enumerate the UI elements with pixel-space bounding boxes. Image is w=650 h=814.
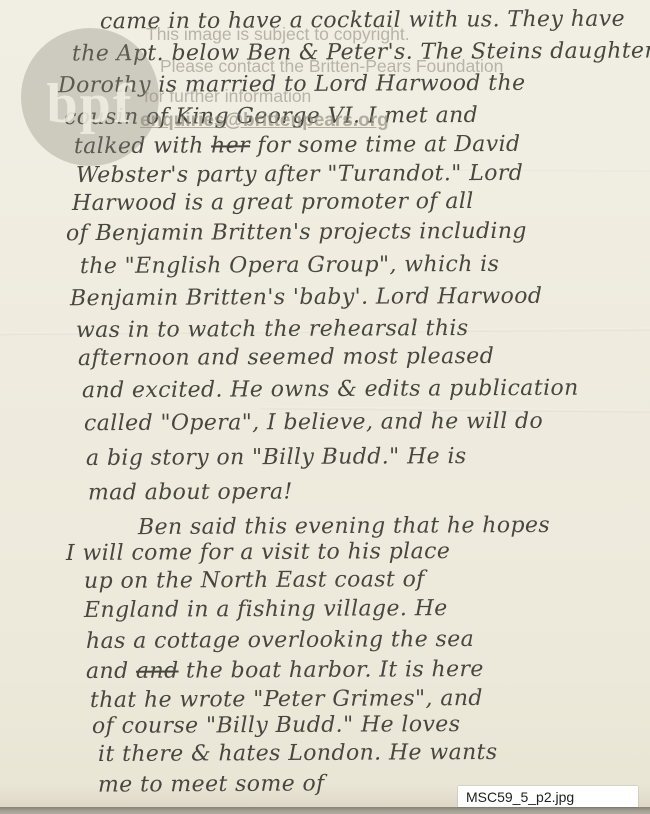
- letter-text-segment: me to meet some of: [98, 771, 325, 797]
- handwritten-letter-text: came in to have a cocktail with us. They…: [0, 0, 650, 808]
- letter-line: Dorothy is married to Lord Harwood the: [58, 71, 526, 98]
- letter-line: a big story on "Billy Budd." He is: [86, 444, 467, 471]
- letter-line: of course "Billy Budd." He loves: [92, 712, 461, 739]
- letter-text-segment: Webster's party after "Turandot." Lord: [76, 161, 523, 188]
- letter-text-segment: mad about opera!: [88, 479, 293, 505]
- letter-line: came in to have a cocktail with us. They…: [100, 7, 625, 35]
- letter-line: cousin of King George VI. I met and: [64, 103, 478, 130]
- letter-line: England in a fishing village. He: [84, 596, 448, 623]
- filename-label: MSC59_5_p2.jpg: [458, 786, 638, 807]
- letter-line: of Benjamin Britten's projects including: [66, 219, 527, 246]
- letter-text-segment: that he wrote "Peter Grimes", and: [90, 686, 483, 713]
- letter-text-segment: was in to watch the rehearsal this: [76, 316, 469, 343]
- letter-line: Webster's party after "Turandot." Lord: [76, 161, 523, 188]
- letter-text-segment: for some time at David: [250, 132, 521, 158]
- letter-text-segment: I will come for a visit to his place: [66, 539, 450, 566]
- letter-text-segment: England in a fishing village. He: [84, 596, 448, 623]
- letter-text-segment: talked with: [74, 133, 211, 159]
- letter-line: up on the North East coast of: [84, 567, 425, 594]
- letter-line: afternoon and seemed most pleased: [78, 344, 494, 371]
- letter-text-segment: of Benjamin Britten's projects including: [66, 219, 527, 246]
- letter-line: the Apt. below Ben & Peter's. The Steins…: [72, 38, 650, 66]
- letter-text-segment: Harwood is a great promoter of all: [72, 189, 474, 216]
- letter-text-segment: afternoon and seemed most pleased: [78, 344, 494, 371]
- struck-word: her: [211, 133, 250, 158]
- letter-text-segment: Dorothy is married to Lord Harwood the: [58, 71, 526, 98]
- letter-line: the "English Opera Group", which is: [80, 252, 499, 279]
- letter-text-segment: Benjamin Britten's 'baby'. Lord Harwood: [70, 284, 542, 311]
- letter-line: has a cottage overlooking the sea: [86, 627, 474, 654]
- letter-line: and excited. He owns & edits a publicati…: [82, 376, 579, 404]
- letter-text-segment: and: [86, 659, 136, 684]
- scanned-letter-page: came in to have a cocktail with us. They…: [0, 0, 650, 814]
- letter-line: Harwood is a great promoter of all: [72, 189, 474, 216]
- letter-line: it there & hates London. He wants: [98, 740, 498, 767]
- letter-text-segment: a big story on "Billy Budd." He is: [86, 444, 467, 471]
- letter-text-segment: cousin of King George VI. I met and: [64, 103, 478, 130]
- letter-line: talked with her for some time at David: [74, 132, 521, 159]
- letter-text-segment: has a cottage overlooking the sea: [86, 627, 474, 654]
- letter-text-segment: the Apt. below Ben & Peter's. The Steins…: [72, 38, 650, 66]
- letter-text-segment: the "English Opera Group", which is: [80, 252, 499, 279]
- letter-line: Ben said this evening that he hopes: [138, 513, 550, 540]
- letter-text-segment: came in to have a cocktail with us. They…: [100, 7, 625, 35]
- letter-line: and and the boat harbor. It is here: [86, 657, 484, 684]
- letter-text-segment: Ben said this evening that he hopes: [138, 513, 550, 540]
- letter-line: called "Opera", I believe, and he will d…: [84, 409, 543, 436]
- letter-text-segment: it there & hates London. He wants: [98, 740, 498, 767]
- letter-line: me to meet some of: [98, 771, 325, 797]
- letter-line: Benjamin Britten's 'baby'. Lord Harwood: [70, 284, 542, 311]
- letter-text-segment: up on the North East coast of: [84, 567, 425, 594]
- letter-text-segment: of course "Billy Budd." He loves: [92, 712, 461, 739]
- letter-text-segment: the boat harbor. It is here: [178, 657, 483, 684]
- struck-word: and: [136, 659, 179, 684]
- scan-bottom-edge: [0, 807, 650, 814]
- letter-line: that he wrote "Peter Grimes", and: [90, 686, 483, 713]
- letter-text-segment: called "Opera", I believe, and he will d…: [84, 409, 543, 436]
- letter-line: I will come for a visit to his place: [66, 539, 450, 566]
- letter-text-segment: and excited. He owns & edits a publicati…: [82, 376, 579, 404]
- letter-line: mad about opera!: [88, 479, 293, 505]
- letter-line: was in to watch the rehearsal this: [76, 316, 469, 343]
